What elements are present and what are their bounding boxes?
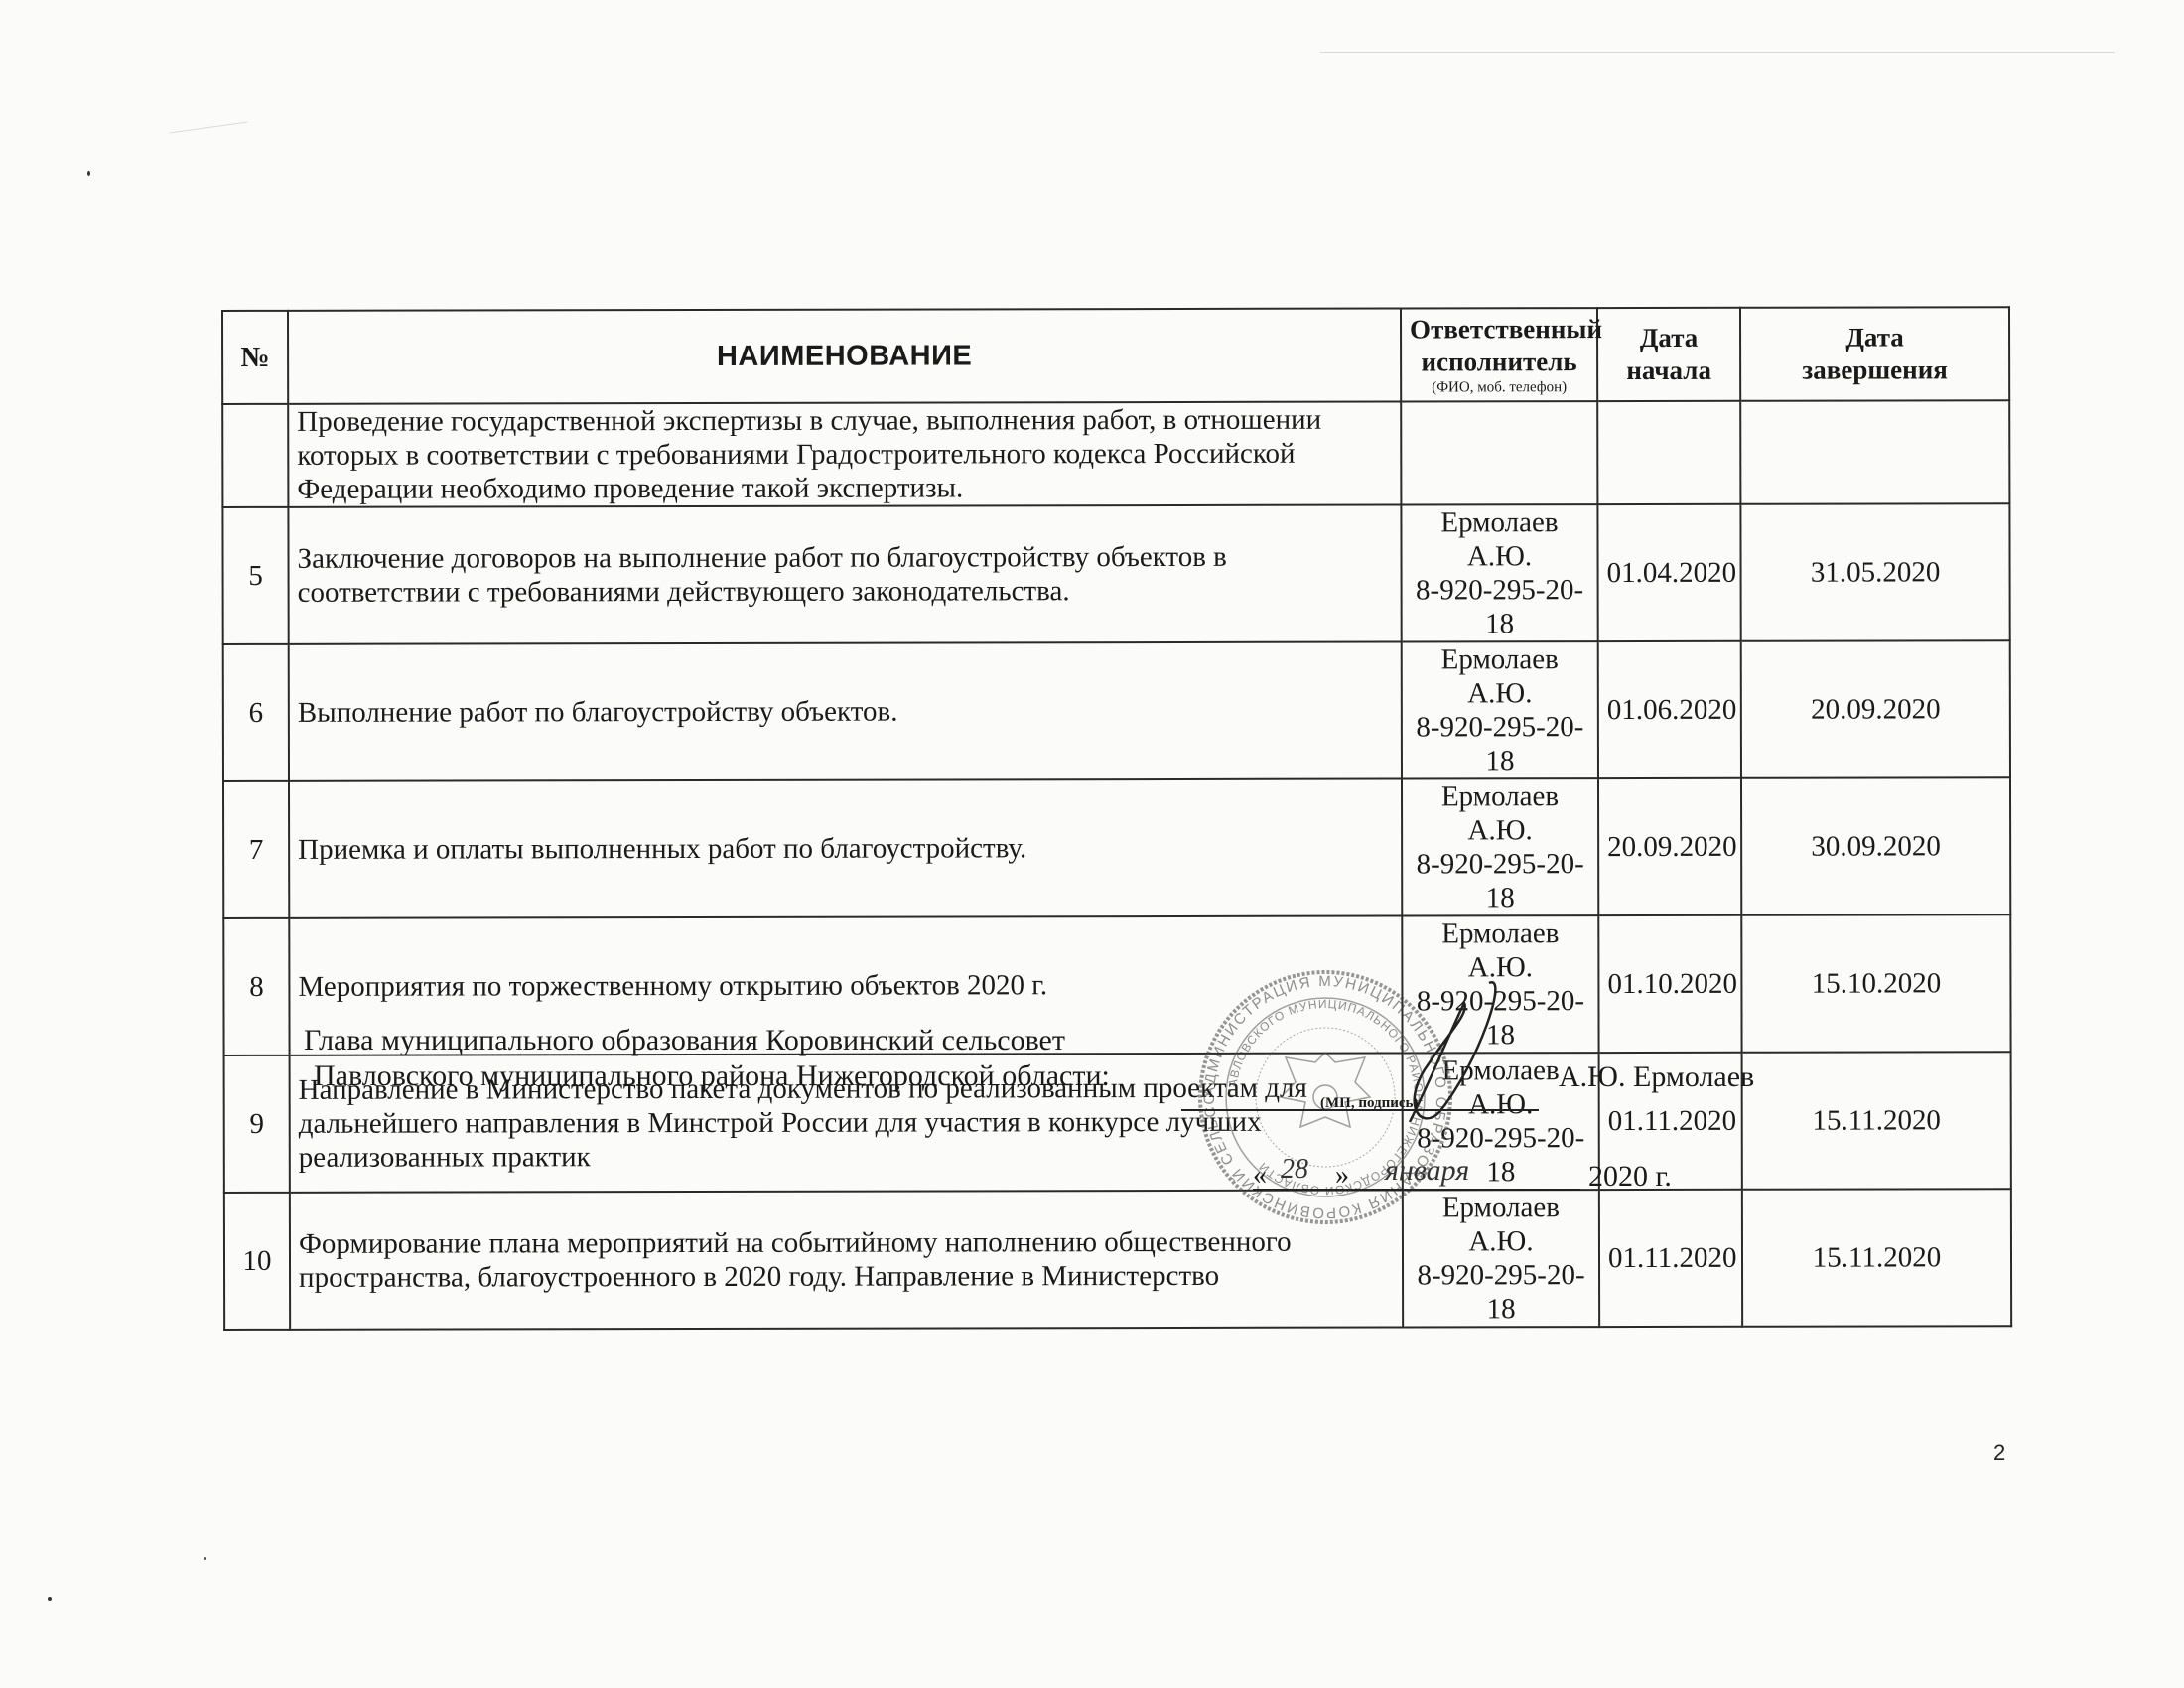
row-responsible [1401,401,1597,504]
responsible-name: Ермолаев А.Ю. [1411,779,1589,847]
row-number: 6 [223,644,289,781]
row-start-date: 01.04.2020 [1597,504,1740,641]
signer-name: А.Ю. Ермолаев [1559,1060,1754,1094]
table-row: 6Выполнение работ по благоустройству объ… [223,640,2010,781]
date-day: 28 [1281,1154,1308,1186]
row-responsible: Ермолаев А.Ю.8-920-295-20-18 [1401,504,1597,641]
header-responsible-line1: Ответственный [1410,313,1588,346]
signature-title-line1: Глава муниципального образования Коровин… [304,1023,1110,1058]
header-responsible-line2: исполнитель [1410,346,1588,378]
row-end-date: 15.11.2020 [1742,1052,2011,1190]
header-responsible: Ответственный исполнитель (ФИО, моб. тел… [1401,308,1597,401]
coat-of-arms-icon [1281,1053,1370,1127]
header-end-date: Дата завершения [1740,307,2009,401]
header-end-line1: Дата [1749,321,2000,354]
header-start-date: Дата начала [1597,308,1740,401]
table-row: Проведение государственной экспертизы в … [222,400,2009,507]
date-month: января [1385,1154,1469,1188]
table-row: 10Формирование плана мероприятий на собы… [224,1189,2011,1330]
responsible-phone: 8-920-295-20-18 [1411,847,1589,914]
row-number: 10 [224,1193,290,1330]
header-start-line1: Дата [1606,322,1731,354]
row-end-date: 15.11.2020 [1742,1189,2011,1327]
row-number: 5 [222,507,288,644]
signature-title: Глава муниципального образования Коровин… [304,1023,1110,1094]
header-start-line2: начала [1606,354,1731,387]
scan-speck [204,1557,206,1560]
responsible-phone: 8-920-295-20-18 [1411,710,1589,777]
row-start-date: 01.06.2020 [1598,641,1741,778]
row-end-date: 31.05.2020 [1740,503,2009,641]
responsible-phone: 8-920-295-20-18 [1412,1258,1590,1326]
header-end-line2: завершения [1749,353,2000,387]
signature-caption: (МП, подпись) [1320,1095,1419,1112]
table-row: 7Приемка и оплаты выполненных работ по б… [223,777,2010,918]
responsible-name: Ермолаев А.Ю. [1411,642,1589,710]
row-end-date: 20.09.2020 [1741,640,2010,778]
row-start-date: 20.09.2020 [1598,778,1741,915]
header-name: НАИМЕНОВАНИЕ [288,309,1401,404]
table-row: 5Заключение договоров на выполнение рабо… [222,503,2009,644]
row-name: Приемка и оплаты выполненных работ по бл… [289,779,1402,918]
row-start-date [1597,401,1740,504]
row-start-date: 01.10.2020 [1598,915,1741,1053]
row-end-date: 30.09.2020 [1741,777,2010,915]
signature-title-line2: Павловского муниципального района Нижего… [304,1058,1110,1094]
row-responsible: Ермолаев А.Ю.8-920-295-20-18 [1402,641,1598,778]
row-end-date: 15.10.2020 [1741,914,2010,1053]
scan-artifact [169,121,247,133]
table-header-row: № НАИМЕНОВАНИЕ Ответственный исполнитель… [222,307,2009,404]
header-responsible-sub: (ФИО, моб. телефон) [1410,378,1588,396]
row-name: Выполнение работ по благоустройству объе… [289,642,1402,781]
row-name: Проведение государственной экспертизы в … [288,402,1401,507]
date-quote-open: « [1253,1160,1267,1192]
date-line [1253,1189,1580,1191]
scan-speck [87,171,90,176]
row-number: 7 [223,781,289,918]
plan-table: № НАИМЕНОВАНИЕ Ответственный исполнитель… [221,306,2012,1331]
date-year: 2020 г. [1588,1160,1672,1194]
responsible-name: Ермолаев А.Ю. [1410,505,1588,573]
responsible-phone: 8-920-295-20-18 [1411,573,1589,640]
header-number: № [222,311,288,404]
row-responsible: Ермолаев А.Ю.8-920-295-20-18 [1402,778,1598,915]
row-end-date [1740,400,2009,504]
row-number [222,404,288,507]
row-number: 9 [224,1055,290,1193]
date-quote-close: » [1335,1160,1349,1192]
scan-artifact [1320,52,2115,53]
page-number: 2 [1993,1440,2005,1466]
row-name: Заключение договоров на выполнение работ… [288,505,1401,644]
row-number: 8 [223,918,289,1055]
scan-speck [48,1597,52,1601]
row-start-date: 01.11.2020 [1599,1190,1742,1327]
